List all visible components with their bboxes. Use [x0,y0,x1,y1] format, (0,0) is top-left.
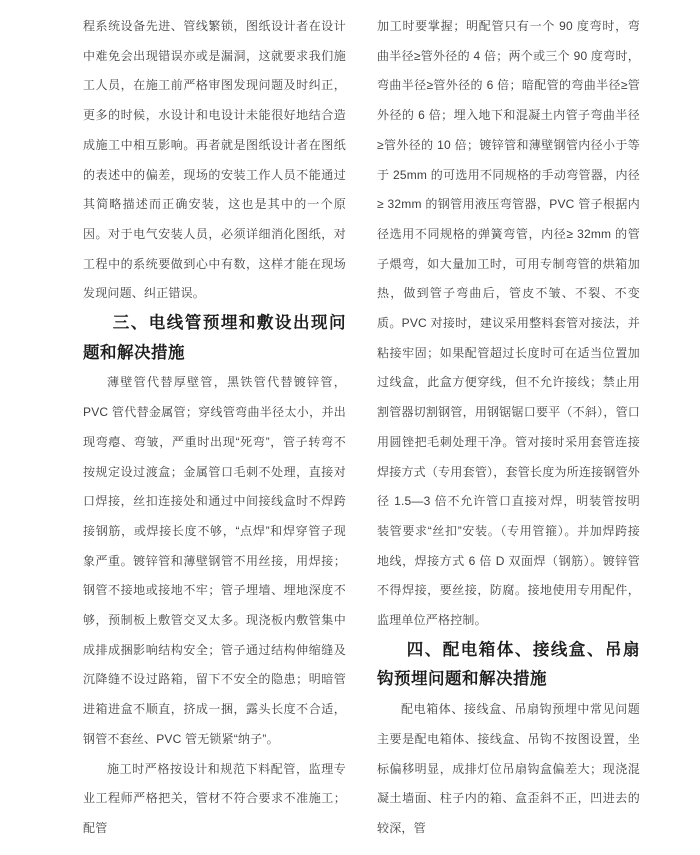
section-heading-3: 三、电线管预埋和敷设出现问题和解决措施 [83,309,346,368]
left-column: 程系统设备先进、管线繁锁，图纸设计者在设计中难免会出现错误亦或是漏洞，这就要求我… [83,12,346,844]
continued-paragraph: 程系统设备先进、管线繁锁，图纸设计者在设计中难免会出现错误亦或是漏洞，这就要求我… [83,12,346,309]
body-paragraph-problems: 配电箱体、接线盒、吊扇钩预埋中常见问题主要是配电箱体、接线盒、吊钩不按图设置，坐… [377,695,640,844]
continued-paragraph: 加工时要掌握；明配管只有一个 90 度弯时，弯曲半径≥管外径的 4 倍；两个或三… [377,12,640,636]
section-heading-4: 四、配电箱体、接线盒、吊扇钩预埋问题和解决措施 [377,636,640,695]
right-column: 加工时要掌握；明配管只有一个 90 度弯时，弯曲半径≥管外径的 4 倍；两个或三… [377,12,640,844]
body-paragraph-problems: 薄壁管代替厚壁管，黑铁管代替镀锌管，PVC 管代替金属管；穿线管弯曲半径太小，并… [83,368,346,754]
document-page: 程系统设备先进、管线繁锁，图纸设计者在设计中难免会出现错误亦或是漏洞，这就要求我… [0,0,700,855]
body-paragraph-measures: 施工时严格按设计和规范下料配管，监理专业工程师严格把关，管材不符合要求不准施工；… [83,755,346,844]
